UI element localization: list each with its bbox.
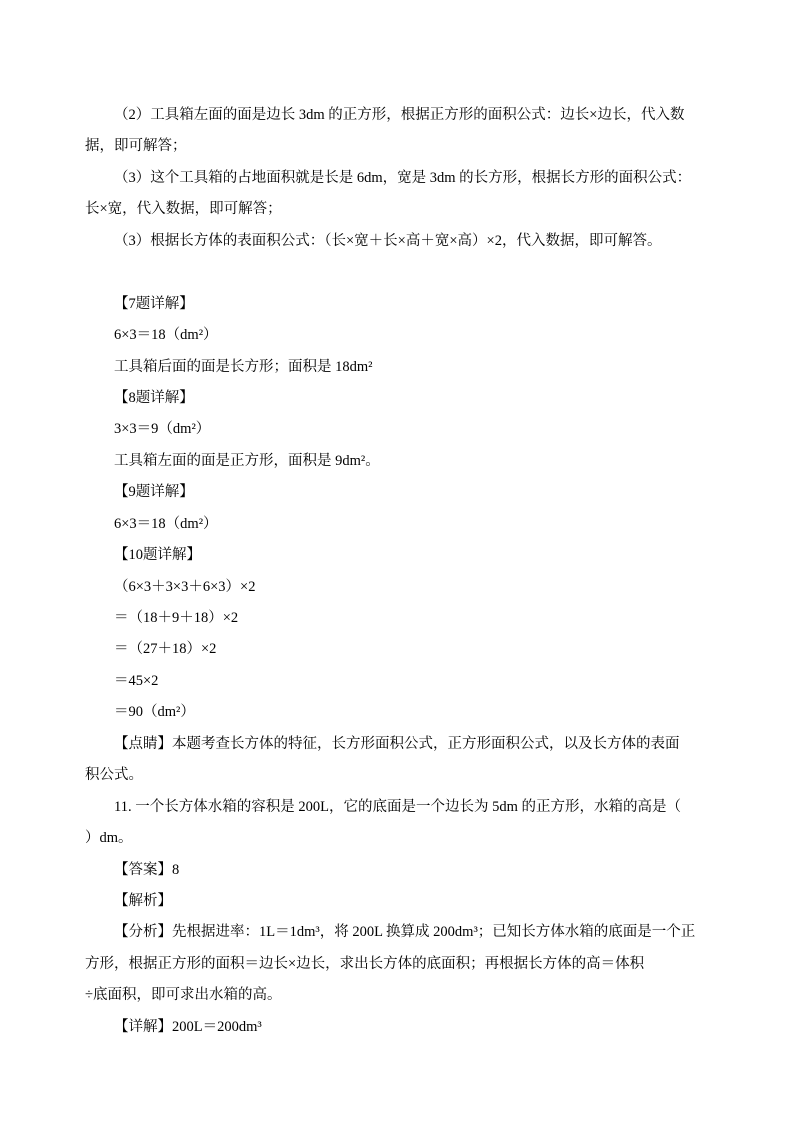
doc-line-explain-2: （2）工具箱左面的面是边长 3dm 的正方形，根据正方形的面积公式：边长×边长，… xyxy=(85,100,725,131)
doc-line-analysis: 【分析】先根据进率：1L＝1dm³，将 200L 换算成 200dm³；已知长方… xyxy=(85,917,725,948)
document-body: （2）工具箱左面的面是边长 3dm 的正方形，根据正方形的面积公式：边长×边长，… xyxy=(85,100,725,1043)
doc-line-key-point-cont: 积公式。 xyxy=(85,760,725,791)
heading-q8-detail: 【8题详解】 xyxy=(85,383,725,414)
doc-line-q7-conclusion: 工具箱后面的面是长方形；面积是 18dm² xyxy=(85,352,725,383)
doc-line-detail-solution: 【详解】200L＝200dm³ xyxy=(85,1012,725,1043)
document-page: （2）工具箱左面的面是边长 3dm 的正方形，根据正方形的面积公式：边长×边长，… xyxy=(0,0,794,1123)
doc-line-q10-step4: ＝45×2 xyxy=(85,666,725,697)
doc-line-q9-formula: 6×3＝18（dm²） xyxy=(85,509,725,540)
doc-line-explain-2-cont: 据，即可解答； xyxy=(85,131,725,162)
doc-line-q8-formula: 3×3＝9（dm²） xyxy=(85,414,725,445)
doc-line-q10-step1: （6×3＋3×3＋6×3）×2 xyxy=(85,572,725,603)
doc-line-q10-step3: ＝（27＋18）×2 xyxy=(85,634,725,665)
doc-line-q8-conclusion: 工具箱左面的面是正方形，面积是 9dm²。 xyxy=(85,446,725,477)
doc-line-analysis-cont-2: ÷底面积，即可求出水箱的高。 xyxy=(85,980,725,1011)
doc-line-analysis-heading: 【解析】 xyxy=(85,886,725,917)
doc-line-explain-3a: （3）这个工具箱的占地面积就是长是 6dm，宽是 3dm 的长方形，根据长方形的… xyxy=(85,163,725,194)
blank-line xyxy=(85,257,725,288)
doc-line-q7-formula: 6×3＝18（dm²） xyxy=(85,320,725,351)
doc-line-analysis-cont-1: 方形，根据正方形的面积＝边长×边长，求出长方体的底面积；再根据长方体的高＝体积 xyxy=(85,949,725,980)
doc-line-question-11: 11. 一个长方体水箱的容积是 200L，它的底面是一个边长为 5dm 的正方形… xyxy=(85,792,725,823)
doc-line-explain-3a-cont: 长×宽，代入数据，即可解答； xyxy=(85,194,725,225)
doc-line-q10-step2: ＝（18＋9＋18）×2 xyxy=(85,603,725,634)
doc-line-q10-result: ＝90（dm²） xyxy=(85,697,725,728)
doc-line-answer: 【答案】8 xyxy=(85,855,725,886)
doc-line-key-point: 【点睛】本题考查长方体的特征，长方形面积公式，正方形面积公式，以及长方体的表面 xyxy=(85,729,725,760)
heading-q7-detail: 【7题详解】 xyxy=(85,289,725,320)
heading-q9-detail: 【9题详解】 xyxy=(85,477,725,508)
heading-q10-detail: 【10题详解】 xyxy=(85,540,725,571)
doc-line-question-11-cont: ）dm。 xyxy=(85,823,725,854)
doc-line-explain-3b: （3）根据长方体的表面积公式：（长×宽＋长×高＋宽×高）×2，代入数据，即可解答… xyxy=(85,226,725,257)
